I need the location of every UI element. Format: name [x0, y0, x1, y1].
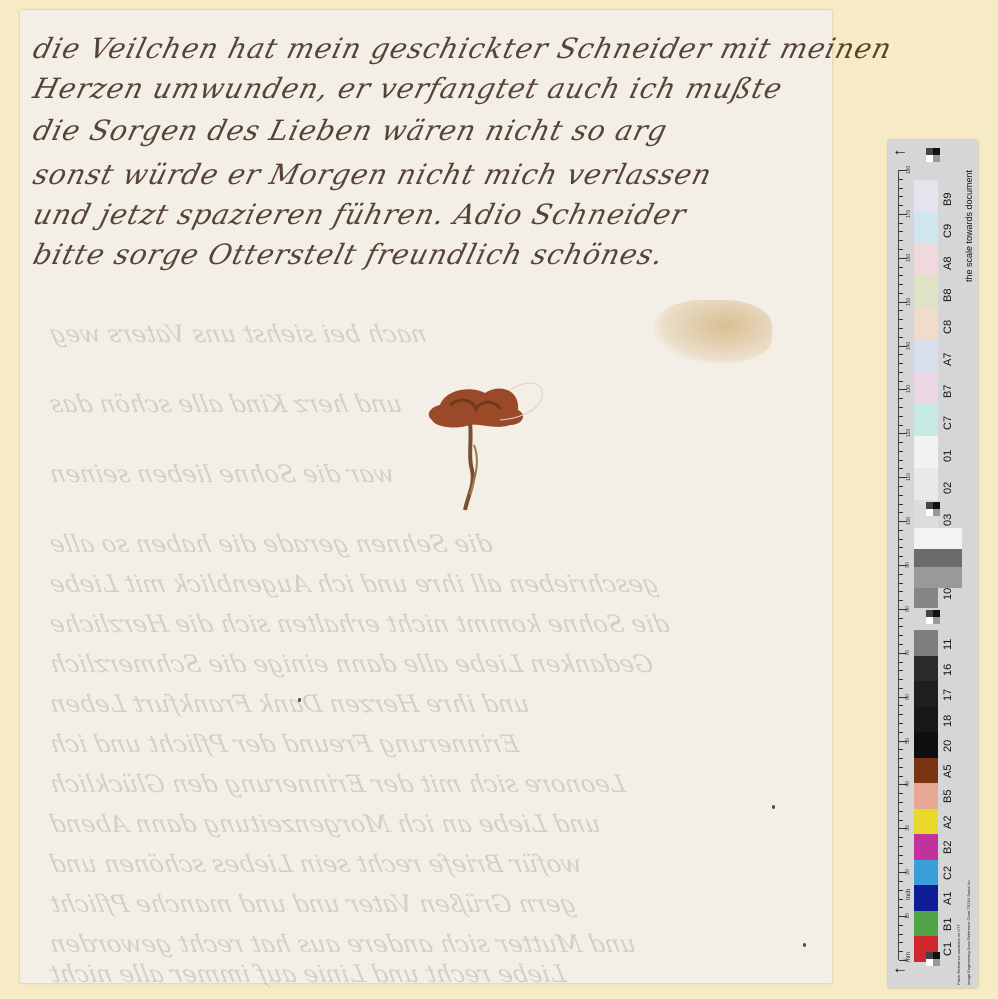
bleed-through-text: und Mutter sich andere aus hat recht gew…: [47, 930, 638, 958]
ruler-tick: [899, 951, 903, 952]
gray-quad-marker: [926, 610, 940, 624]
ruler-tick: [899, 556, 903, 557]
density-step-wedge: [914, 528, 962, 588]
ruler-tick: [899, 486, 903, 487]
ruler-tick: [899, 846, 903, 847]
ruler-number: 120: [906, 429, 912, 437]
color-patch-b7: [914, 372, 938, 404]
ruler-tick: [899, 811, 903, 812]
ruler-number: 60: [905, 694, 911, 700]
ruler-tick: [899, 925, 903, 926]
ruler-tick: [899, 188, 903, 189]
chart-footer-caption: Patch Reference numbers on UTT: [956, 924, 961, 985]
ruler-tick: [899, 293, 903, 294]
ruler-number: 160: [906, 254, 912, 262]
ruler-tick: [899, 583, 903, 584]
ruler-tick: [899, 934, 903, 935]
bleed-through-text: Erinnerung Freund der Pflicht und ich: [47, 730, 522, 758]
ruler-number: 40: [905, 782, 911, 788]
ruler-tick: [899, 372, 903, 373]
color-patch-b5: [914, 783, 938, 809]
color-patch-c7: [914, 404, 938, 436]
ruler-tick: [899, 512, 903, 513]
color-patch-a7: [914, 340, 938, 372]
ink-spot: [803, 943, 806, 947]
ruler-tick: [899, 495, 903, 496]
ruler-tick: [899, 231, 903, 232]
ruler-tick: [899, 416, 903, 417]
ruler-number: 30: [905, 826, 911, 832]
ruler-tick: [899, 837, 903, 838]
ruler-tick: [899, 618, 903, 619]
ruler-tick: [899, 240, 903, 241]
handwriting-line: und jetzt spazieren führen. Adio Schneid…: [30, 198, 690, 231]
ruler-tick: [899, 723, 903, 724]
ruler-tick: [899, 662, 903, 663]
ruler-number: 50: [905, 738, 911, 744]
ruler-tick: [899, 907, 903, 908]
ruler-tick: [899, 793, 903, 794]
color-patch-b2: [914, 834, 938, 860]
color-patch-16: [914, 656, 938, 682]
color-patch-label: C1: [942, 942, 954, 956]
color-patch-label: B8: [942, 289, 954, 302]
color-patch-label: B5: [942, 790, 954, 803]
bleed-through-text: und herz Kind alle schön das: [47, 390, 405, 418]
ruler-tick: [899, 820, 903, 821]
chart-side-caption: the scale towards document: [964, 170, 974, 282]
ruler-number: 170: [906, 210, 912, 218]
ruler-tick: [899, 196, 903, 197]
ruler-number: 80: [905, 606, 911, 612]
color-patch-label: 16: [942, 663, 954, 675]
ruler-tick: [899, 749, 903, 750]
color-patch-label: 01: [942, 450, 954, 462]
ruler-tick: [899, 547, 903, 548]
color-patch-11: [914, 630, 938, 656]
ruler-tick: [899, 600, 903, 601]
ruler-tick: [899, 381, 903, 382]
ruler-tick: [899, 267, 903, 268]
color-patch-label: 18: [942, 714, 954, 726]
mm-ruler: 1801701601501401301201101009080706050403…: [898, 170, 915, 960]
ruler-tick: [899, 635, 903, 636]
ruler-number: 10: [905, 913, 911, 919]
handwriting-line: Herzen umwunden, er verfangtet auch ich …: [30, 72, 786, 105]
ink-spot: [298, 698, 301, 702]
ruler-unit-mm: mm: [906, 952, 912, 962]
color-patch-18: [914, 707, 938, 733]
ruler-tick: [899, 591, 903, 592]
ruler-tick: [899, 205, 903, 206]
ruler-number: 180: [906, 166, 912, 174]
ruler-tick: [899, 863, 903, 864]
color-reference-chart: ← the scale towards document 18017016015…: [888, 140, 978, 988]
color-patch-b1: [914, 911, 938, 937]
ruler-tick: [899, 179, 903, 180]
ruler-tick: [899, 732, 903, 733]
ruler-tick: [899, 275, 903, 276]
color-patch-a8: [914, 244, 938, 276]
color-patch-a1: [914, 885, 938, 911]
bleed-through-text: wofür Briefe recht sein Liebes schönen u…: [47, 850, 584, 878]
color-patch-label: B2: [942, 841, 954, 854]
color-patch-label: C2: [942, 865, 954, 879]
ruler-number: 110: [906, 473, 912, 481]
ruler-number: 70: [905, 650, 911, 656]
ruler-tick: [899, 310, 903, 311]
ruler-tick: [899, 714, 903, 715]
color-patch-c2: [914, 860, 938, 886]
bleed-through-text: die Sohne kommt nicht erhalten sich die …: [47, 610, 672, 638]
ruler-tick: [899, 451, 903, 452]
color-patch-label: A2: [942, 815, 954, 828]
handwriting-line: die Veilchen hat mein geschickter Schnei…: [30, 32, 896, 65]
foxing-stain: [654, 300, 772, 364]
color-patch-label: 03: [942, 514, 954, 526]
ruler-tick: [899, 705, 903, 706]
ruler-tick: [899, 539, 903, 540]
color-patch-20: [914, 732, 938, 758]
color-patch-label: 17: [942, 689, 954, 701]
ruler-tick: [899, 574, 903, 575]
color-patch-label: C9: [942, 224, 954, 238]
gray-quad-marker: [926, 502, 940, 516]
ruler-tick: [899, 942, 903, 943]
color-patch-c9: [914, 212, 938, 244]
ruler-number: 20: [905, 869, 911, 875]
ruler-tick: [899, 337, 903, 338]
color-patch-b8: [914, 276, 938, 308]
bleed-through-text: gern Grüßen Vater und und manche Pflicht: [47, 890, 578, 918]
ruler-tick: [899, 626, 903, 627]
color-patch-label: A5: [942, 764, 954, 777]
letter-page: nach bei siehst uns Vaters weg und herz …: [20, 10, 832, 983]
handwriting-line: sonst würde er Morgen nicht mich verlass…: [30, 158, 716, 191]
color-patch-02: [914, 468, 938, 500]
ruler-tick: [899, 802, 903, 803]
ruler-tick: [899, 249, 903, 250]
ruler-number: 150: [906, 297, 912, 305]
color-patch-label: A7: [942, 353, 954, 366]
color-patch-label: B7: [942, 385, 954, 398]
color-patch-label: C7: [942, 416, 954, 430]
chart-footer-caption: Image Engineering Scan Reference Chart T…: [966, 879, 971, 985]
color-patch-b9: [914, 180, 938, 212]
ruler-tick: [899, 284, 903, 285]
arrow-icon: ←: [892, 960, 908, 978]
ruler-tick: [899, 767, 903, 768]
ruler-tick: [899, 881, 903, 882]
ruler-tick: [899, 468, 903, 469]
color-patch-label: A8: [942, 257, 954, 270]
ruler-tick: [899, 758, 903, 759]
ruler-tick: [899, 776, 903, 777]
color-patch-01: [914, 436, 938, 468]
gray-quad-marker: [926, 952, 940, 966]
color-patch-label: 10: [942, 588, 954, 600]
ruler-tick: [899, 398, 903, 399]
ruler-number: 90: [905, 562, 911, 568]
ruler-tick: [899, 890, 903, 891]
ruler-tick: [899, 504, 903, 505]
ruler-tick: [899, 328, 903, 329]
color-patch-17: [914, 681, 938, 707]
ruler-tick: [899, 425, 903, 426]
bleed-through-text: war die Sohne lieben seinen: [47, 460, 397, 488]
color-patch-a2: [914, 809, 938, 835]
arrow-up-icon: ←: [892, 142, 908, 160]
ruler-tick: [899, 407, 903, 408]
bleed-through-text: Gedanken Liebe alle dann einige die Schm…: [47, 650, 656, 678]
ruler-tick: [899, 670, 903, 671]
ruler-tick: [899, 644, 903, 645]
gray-quad-marker: [926, 148, 940, 162]
ruler-tick: [899, 223, 903, 224]
color-patch-a5: [914, 758, 938, 784]
handwriting-line: die Sorgen des Lieben wären nicht so arg: [30, 114, 671, 147]
bleed-through-text: geschrieben all ihre und ich Augenblick …: [47, 570, 661, 598]
ink-spot: [772, 805, 775, 809]
bleed-through-text: und ihre Herzen Dank Frankfurt Leben: [47, 690, 532, 718]
color-patch-label: 20: [942, 740, 954, 752]
ruler-tick: [899, 354, 903, 355]
ruler-tick: [899, 442, 903, 443]
ruler-tick: [899, 899, 903, 900]
color-patch-label: B1: [942, 917, 954, 930]
pressed-flower-icon: [410, 375, 550, 515]
bleed-through-text: nach bei siehst uns Vaters weg: [47, 320, 429, 348]
ruler-tick: [899, 679, 903, 680]
ruler-number: 100: [906, 517, 912, 525]
color-patch-label: 11: [942, 639, 954, 650]
ruler-tick: [899, 688, 903, 689]
ruler-tick: [899, 530, 903, 531]
ruler-number: 130: [906, 385, 912, 393]
color-patch-label: B9: [942, 193, 954, 206]
bleed-through-text: Liebe recht und Linie auf immer alle nic…: [47, 960, 568, 988]
ruler-tick: [899, 319, 903, 320]
ruler-unit-inch: Inch: [906, 889, 912, 900]
bleed-through-text: die Sehnen gerade die haben so alle: [47, 530, 495, 558]
color-patch-c8: [914, 308, 938, 340]
color-patch-label: C8: [942, 320, 954, 334]
handwriting-line: bitte sorge Otterstelt freundlich schöne…: [30, 238, 667, 271]
bleed-through-text: Leonore sich mit der Erinnerung den Glüc…: [47, 770, 628, 798]
ruler-tick: [899, 363, 903, 364]
color-patch-label: 02: [942, 482, 954, 494]
ruler-tick: [899, 855, 903, 856]
ruler-tick: [899, 460, 903, 461]
bleed-through-text: und Liebe an ich Morgenzeitung dann Aben…: [47, 810, 603, 838]
ruler-number: 140: [906, 341, 912, 349]
color-patch-label: A1: [942, 892, 954, 905]
